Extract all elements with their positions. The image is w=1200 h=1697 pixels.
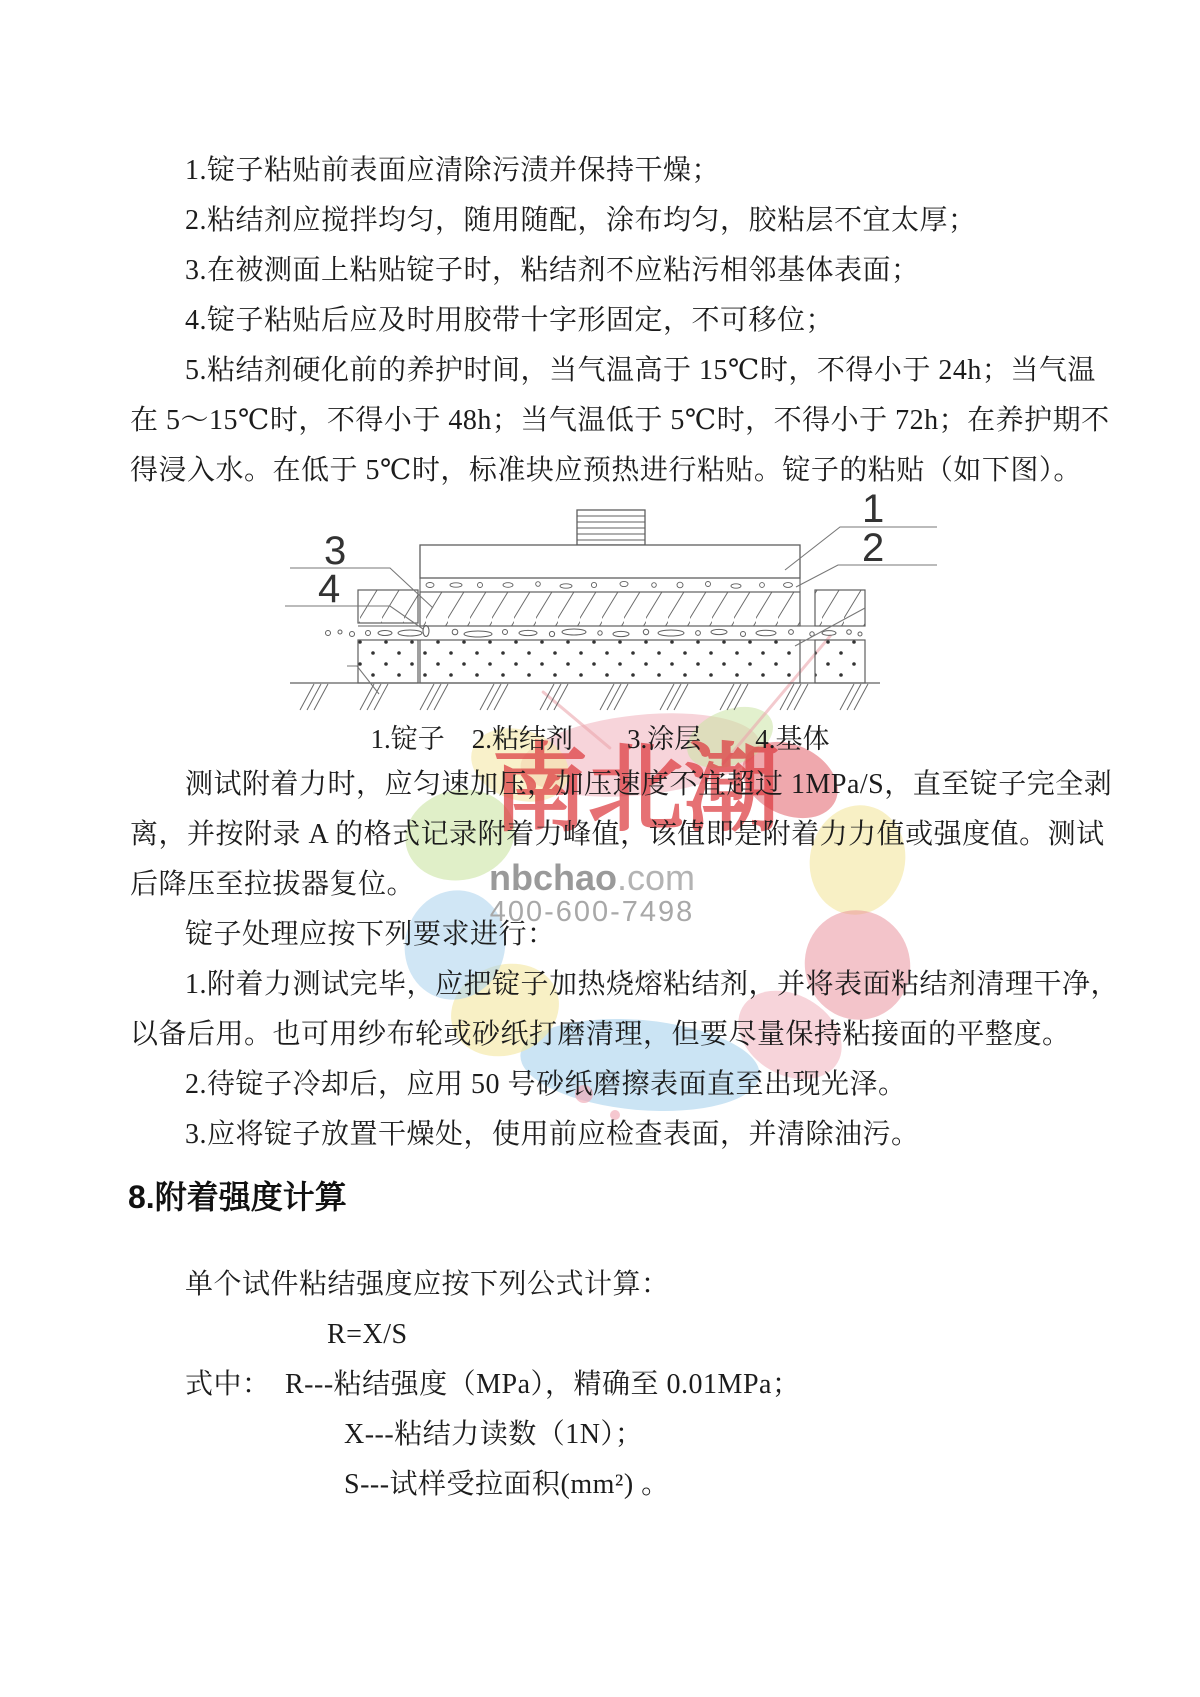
coating-layer: [358, 590, 865, 626]
section-heading: 8.附着强度计算: [128, 1172, 347, 1222]
adhesive-layer: [420, 578, 800, 592]
text-line: 得浸入水。在低于 5℃时，标准块应预热进行粘贴。锭子的粘贴（如下图）。: [130, 446, 1090, 496]
spindle-body: [420, 545, 800, 578]
text-line: 2.粘结剂应搅拌均匀，随用随配，涂布均匀，胶粘层不宜太厚；: [130, 196, 1090, 246]
text-line: 在 5～15℃时，不得小于 48h；当气温低于 5℃时，不得小于 72h；在养护…: [130, 396, 1090, 446]
text-line: 2.待锭子冷却后，应用 50 号砂纸磨擦表面直至出现光泽。: [130, 1060, 1090, 1110]
text-line: X---粘结力读数（1N）；: [130, 1410, 1090, 1460]
diagram-label-2: 2: [862, 526, 884, 570]
text-line: 离，并按附录 A 的格式记录附着力峰值，该值即是附着力力值或强度值。测试: [130, 810, 1090, 860]
text-line: 以备后用。也可用纱布轮或砂纸打磨清理，但要尽量保持粘接面的平整度。: [130, 1010, 1090, 1060]
text-line: 1.附着力测试完毕，应把锭子加热烧熔粘结剂，并将表面粘结剂清理干净，: [130, 960, 1090, 1010]
text-line: 后降压至拉拔器复位。: [130, 860, 1090, 910]
bonding-cross-section-diagram: 1 2 3 4: [250, 460, 950, 760]
text-line: 锭子处理应按下列要求进行：: [130, 910, 1090, 960]
paragraph-block-procedures: 1.锭子粘贴前表面应清除污渍并保持干燥； 2.粘结剂应搅拌均匀，随用随配，涂布均…: [130, 146, 1090, 496]
paragraph-block-testing: 测试附着力时，应匀速加压，加压速度不宜超过 1MPa/S，直至锭子完全剥 离，并…: [130, 760, 1090, 1160]
formula-line: R=X/S: [130, 1310, 1090, 1360]
text-line: 单个试件粘结强度应按下列公式计算：: [130, 1260, 1090, 1310]
text-line: 1.锭子粘贴前表面应清除污渍并保持干燥；: [130, 146, 1090, 196]
diagram-label-4: 4: [318, 567, 340, 611]
text-line: 3.应将锭子放置干燥处，使用前应检查表面，并清除油污。: [130, 1110, 1090, 1160]
text-line: 式中： R---粘结强度（MPa），精确至 0.01MPa；: [130, 1360, 1090, 1410]
text-line: 4.锭子粘贴后应及时用胶带十字形固定，不可移位；: [130, 296, 1090, 346]
text-line: 5.粘结剂硬化前的养护时间，当气温高于 15℃时，不得小于 24h；当气温: [130, 346, 1090, 396]
substrate-layer: [290, 640, 880, 683]
document-page: 南北潮 nbchao.com 400-600-7498 1.锭子粘贴前表面应清除…: [0, 0, 1200, 1697]
interface-band: [326, 626, 866, 640]
diagram-caption: 1.锭子 2.粘结剂 3.涂层 4.基体: [250, 722, 950, 756]
ground-hatch-marks: [300, 684, 868, 710]
text-line: S---试样受拉面积(mm²) 。: [130, 1460, 1090, 1510]
text-line: 3.在被测面上粘贴锭子时，粘结剂不应粘污相邻基体表面；: [130, 246, 1090, 296]
spindle-knob: [577, 510, 645, 545]
paragraph-block-formula: 单个试件粘结强度应按下列公式计算： R=X/S 式中： R---粘结强度（MPa…: [130, 1260, 1090, 1510]
text-line: 测试附着力时，应匀速加压，加压速度不宜超过 1MPa/S，直至锭子完全剥: [130, 760, 1090, 810]
